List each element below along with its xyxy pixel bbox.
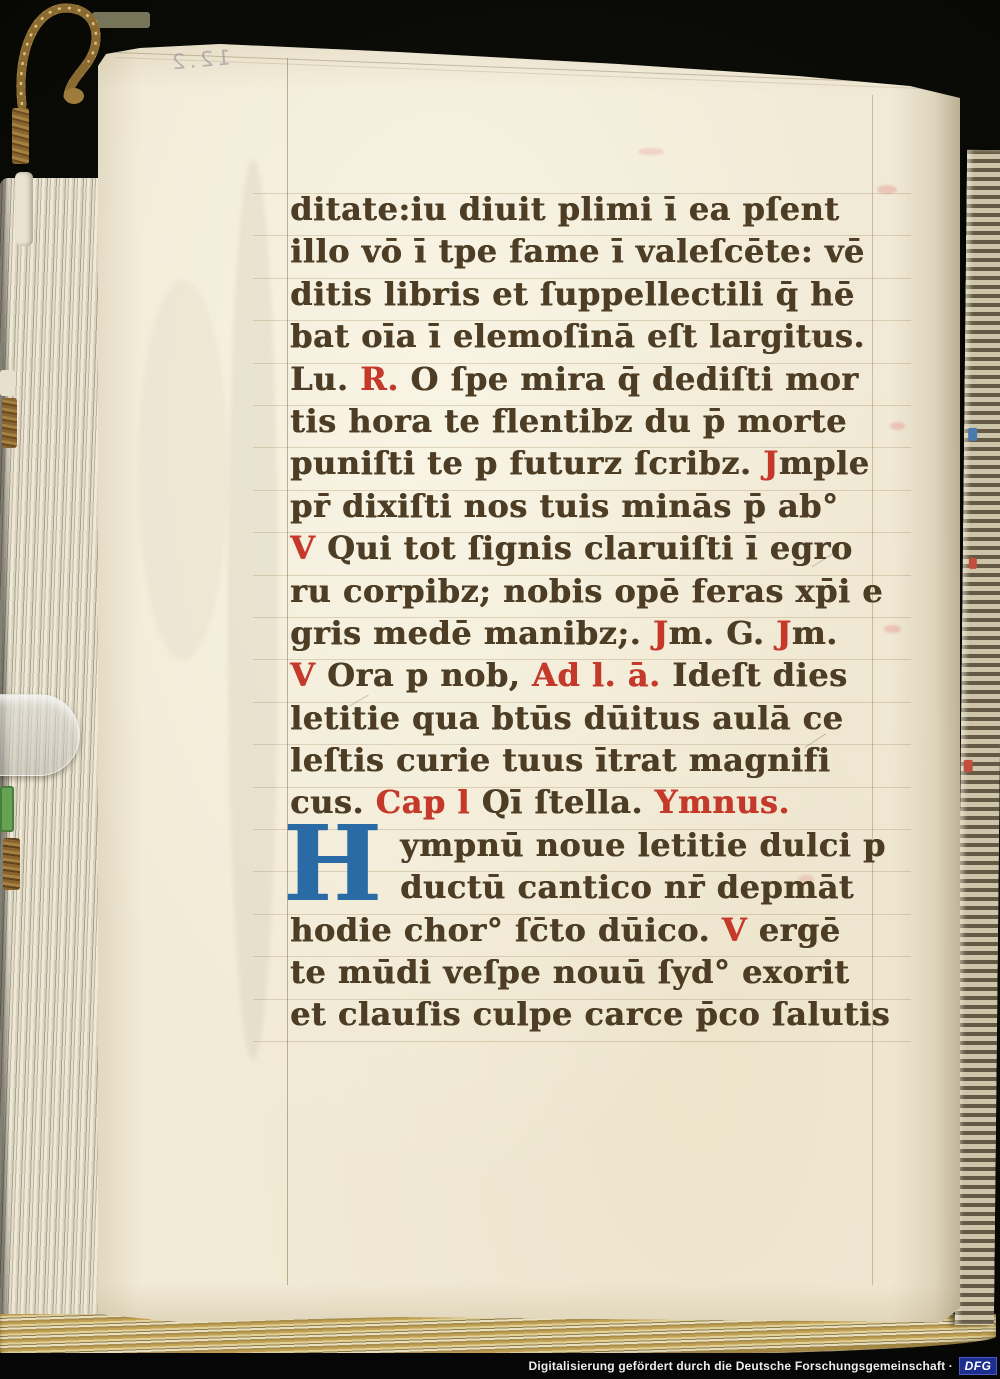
manuscript-line: puniſti te p futurz ſcribz. Jmple xyxy=(290,444,910,486)
manuscript-page-surface: 12.2 H ditate:iu diuit plimi ī ea pſenti… xyxy=(98,40,960,1335)
manuscript-line: cus. Cap l Qī ſtella. Ymnus. xyxy=(290,783,910,825)
rubric-segment: Ad l. ā. xyxy=(532,656,672,694)
manuscript-line: ductū cantico nr̄ depmāt xyxy=(290,868,910,910)
text-segment: ductū cantico nr̄ depmāt xyxy=(400,868,854,906)
manuscript-line: ru corpibz; nobis opē feras xp̄i e xyxy=(290,572,910,614)
text-segment: gris medē manibz;. xyxy=(290,614,653,652)
underleaf-edge-line xyxy=(116,52,933,84)
text-segment: tis hora te flentibz du p̄ morte xyxy=(290,402,847,440)
manuscript-line: hodie chor° ſc̄to dūico. V ergē xyxy=(290,911,910,953)
marker-fragment-white xyxy=(15,172,33,246)
text-segment: m. xyxy=(792,614,838,652)
text-segment: ditate:iu diuit plimi ī ea pſent xyxy=(290,190,839,228)
text-segment: Qui tot ſignis claruiſti ī egro xyxy=(327,529,853,567)
ruling-vertical-left xyxy=(287,58,288,1285)
footer-bar: Digitalisierung gefördert durch die Deut… xyxy=(0,1353,1000,1379)
cord-knot xyxy=(64,88,84,104)
manuscript-line: V Qui tot ſignis claruiſti ī egro xyxy=(290,529,910,571)
manuscript-line: ditate:iu diuit plimi ī ea pſent xyxy=(290,190,910,232)
manuscript-line: et clauſis culpe carce p̄co ſalutis xyxy=(290,995,910,1037)
text-segment: ympnū noue letitie dulci p xyxy=(400,826,886,864)
text-segment: leſtis curie tuus ītrat magnifi xyxy=(290,741,830,779)
rubric-segment: Cap l xyxy=(376,783,482,821)
facing-page-sliver xyxy=(955,150,1000,1325)
manuscript-line: pr̄ dixiſti nos tuis minās p̄ ab° xyxy=(290,487,910,529)
underleaf-edge-line xyxy=(116,57,933,89)
show-through-haze xyxy=(138,280,228,660)
text-segment: te mūdi veſpe nouū ſyd° exorit xyxy=(290,953,849,991)
manuscript-line: Lu. R. O ſpe mira q̄ dediſti mor xyxy=(290,360,910,402)
red-smudge xyxy=(638,148,664,155)
marker-fragment-white xyxy=(0,370,15,396)
text-segment: et clauſis culpe carce p̄co ſalutis xyxy=(290,995,890,1033)
rubric-segment: R. xyxy=(360,360,410,398)
text-segment: cus. xyxy=(290,783,376,821)
rubric-segment: V xyxy=(290,529,327,567)
rubric-segment: J xyxy=(763,444,779,482)
pencil-foliation: 12.2 xyxy=(167,45,232,74)
marker-fragment-brown xyxy=(2,398,17,448)
rubric-segment: V xyxy=(722,911,759,949)
marker-fragment-green xyxy=(0,786,14,832)
text-block: ditate:iu diuit plimi ī ea pſentillo vō … xyxy=(290,190,910,1038)
text-segment: hodie chor° ſc̄to dūico. xyxy=(290,911,722,949)
digitized-manuscript-photo: 12.2 H ditate:iu diuit plimi ī ea pſenti… xyxy=(0,0,1000,1379)
text-segment: ditis libris et ſuppellectili q̄ hē xyxy=(290,275,855,313)
sliver-blue-initial-fleck xyxy=(968,428,977,441)
text-segment: Lu. xyxy=(290,360,360,398)
text-segment: illo vō ī tpe fame ī valeſcēte: vē xyxy=(290,232,865,270)
sliver-rubric-fleck xyxy=(969,558,977,569)
text-segment: Ideſt dies xyxy=(672,656,847,694)
text-segment: ergē xyxy=(759,911,841,949)
text-segment: Ora p nob, xyxy=(327,656,532,694)
text-segment: ru corpibz; nobis opē feras xp̄i e xyxy=(290,572,883,610)
rubric-segment: Ymnus. xyxy=(654,783,789,821)
manuscript-line: V Ora p nob, Ad l. ā. Ideſt dies xyxy=(290,656,910,698)
footer-caption: Digitalisierung gefördert durch die Deut… xyxy=(528,1359,953,1373)
ruling-horizontal xyxy=(253,1041,911,1042)
manuscript-line: leſtis curie tuus ītrat magnifi xyxy=(290,741,910,783)
rubric-segment: V xyxy=(290,656,327,694)
sliver-rubric-fleck xyxy=(964,760,973,772)
manuscript-line: illo vō ī tpe fame ī valeſcēte: vē xyxy=(290,232,910,274)
manuscript-line: letitie qua btūs dūitus aulā ce xyxy=(290,699,910,741)
text-segment: O ſpe mira q̄ dediſti mor xyxy=(410,360,858,398)
text-segment: bat oīa ī elemoſinā eſt largitus. xyxy=(290,317,865,355)
dfg-logo: DFG xyxy=(959,1357,997,1375)
manuscript-line: ditis libris et ſuppellectili q̄ hē xyxy=(290,275,910,317)
text-segment: Qī ſtella. xyxy=(482,783,655,821)
show-through-haze xyxy=(228,160,278,1060)
manuscript-line: ympnū noue letitie dulci p xyxy=(290,826,910,868)
rubric-segment: J xyxy=(776,614,792,652)
page-marker-clip xyxy=(0,694,80,776)
text-segment: mple xyxy=(779,444,870,482)
manuscript-line: gris medē manibz;. Jm. G. Jm. xyxy=(290,614,910,656)
marker-fragment-brown xyxy=(12,108,29,164)
rubric-segment: J xyxy=(653,614,669,652)
manuscript-line: te mūdi veſpe nouū ſyd° exorit xyxy=(290,953,910,995)
text-segment: puniſti te p futurz ſcribz. xyxy=(290,444,763,482)
marker-fragment-brown xyxy=(3,838,20,890)
text-segment: letitie qua btūs dūitus aulā ce xyxy=(290,699,843,737)
text-segment: m. G. xyxy=(668,614,776,652)
manuscript-line: tis hora te flentibz du p̄ morte xyxy=(290,402,910,444)
text-segment: pr̄ dixiſti nos tuis minās p̄ ab° xyxy=(290,487,838,525)
manuscript-line: bat oīa ī elemoſinā eſt largitus. xyxy=(290,317,910,359)
